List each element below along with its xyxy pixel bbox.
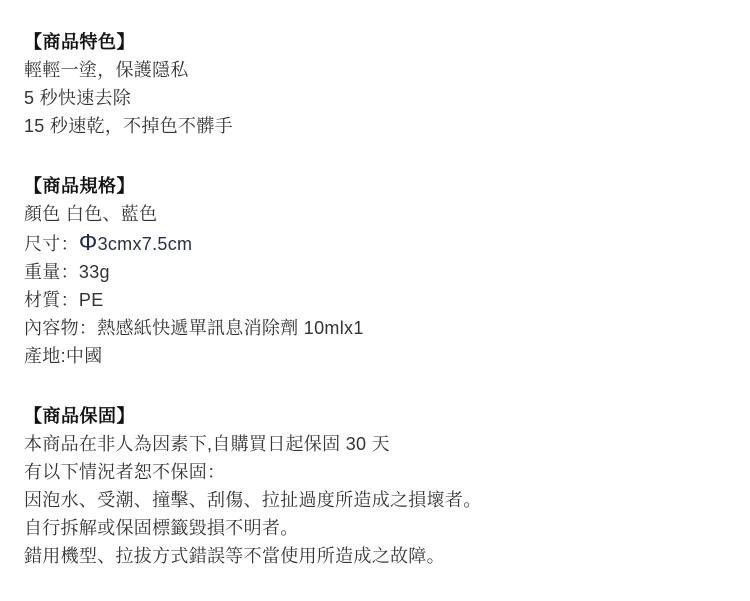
- product-description: 【商品特色】 輕輕一塗，保護隱私 5 秒快速去除 15 秒速乾，不掉色不髒手 【…: [0, 0, 750, 570]
- specs-section: 【商品規格】 顏色 白色、藍色 尺寸：Φ3cmx7.5cm 重量：33g 材質：…: [24, 172, 730, 370]
- spec-weight-line: 重量：33g: [24, 258, 730, 286]
- warranty-heading: 【商品保固】: [24, 402, 730, 430]
- warranty-line-3: 因泡水、受潮、撞擊、刮傷、拉扯過度所造成之損壞者。: [24, 486, 730, 514]
- warranty-line-1: 本商品在非人為因素下,自購買日起保固 30 天: [24, 430, 730, 458]
- product-description-page: { "colors": { "background": "#ffffff", "…: [0, 0, 750, 601]
- spec-material-line: 材質：PE: [24, 286, 730, 314]
- feature-line-3: 15 秒速乾，不掉色不髒手: [24, 112, 730, 140]
- spec-size-line: 尺寸：Φ3cmx7.5cm: [24, 228, 730, 258]
- spec-color-line: 顏色 白色、藍色: [24, 200, 730, 228]
- features-heading: 【商品特色】: [24, 28, 730, 56]
- warranty-line-2: 有以下情況者恕不保固：: [24, 458, 730, 486]
- feature-line-2: 5 秒快速去除: [24, 84, 730, 112]
- diameter-phi-symbol: Φ: [79, 229, 98, 255]
- warranty-line-5: 錯用機型、拉拔方式錯誤等不當使用所造成之故障。: [24, 542, 730, 570]
- specs-heading: 【商品規格】: [24, 172, 730, 200]
- spec-size-label: 尺寸：: [24, 234, 79, 254]
- spec-content-line: 內容物：熱感紙快遞單訊息消除劑 10mlx1: [24, 314, 730, 342]
- warranty-section: 【商品保固】 本商品在非人為因素下,自購買日起保固 30 天 有以下情況者恕不保…: [24, 402, 730, 570]
- warranty-line-4: 自行拆解或保固標籤毀損不明者。: [24, 514, 730, 542]
- spec-origin-line: 產地:中國: [24, 342, 730, 370]
- features-section: 【商品特色】 輕輕一塗，保護隱私 5 秒快速去除 15 秒速乾，不掉色不髒手: [24, 28, 730, 140]
- feature-line-1: 輕輕一塗，保護隱私: [24, 56, 730, 84]
- spec-size-value: 3cmx7.5cm: [98, 234, 193, 254]
